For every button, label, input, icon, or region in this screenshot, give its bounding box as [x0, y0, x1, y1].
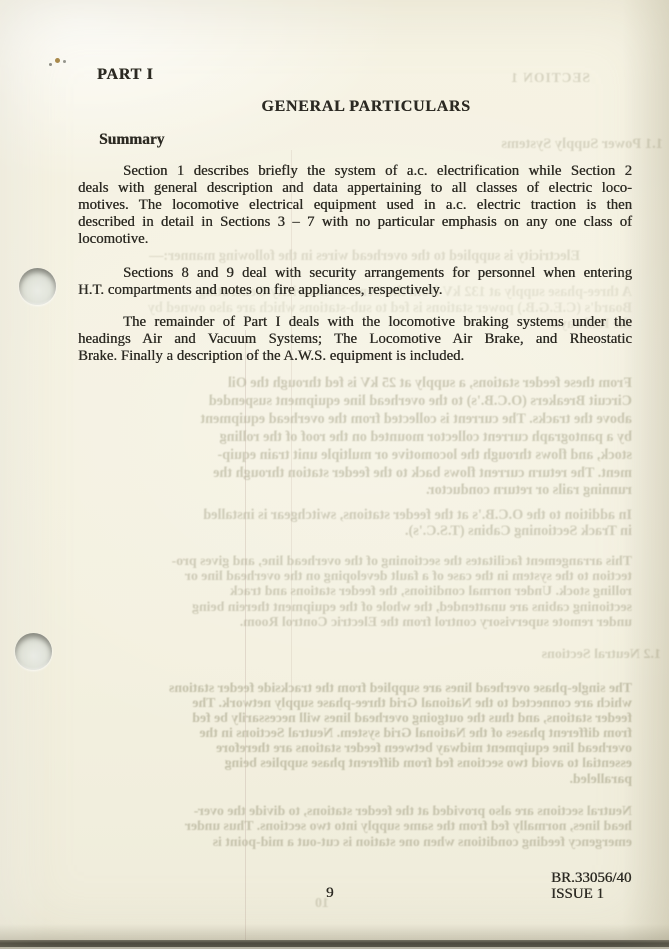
text-line: described in detail in Sections 3 – 7 wi…	[78, 214, 632, 231]
paragraph-1: Section 1 describes briefly the system o…	[78, 163, 632, 248]
text-line: motives. The locomotive electrical equip…	[78, 197, 632, 214]
text-line: H.T. compartments and notes on fire appl…	[78, 282, 632, 299]
text-line: deals with general description and data …	[78, 180, 632, 197]
page-number: 9	[326, 885, 334, 902]
bleed-paragraph-feeder-stations: From these feeder stations, a supply at …	[78, 375, 632, 500]
punch-hole-bottom	[15, 633, 52, 670]
bleed-paragraph-neutral-sections: The single-phase overhead lines are supp…	[78, 680, 632, 786]
bleed-paragraph-track-sectioning: In addition to the O.C.B.'s at the feede…	[78, 508, 632, 539]
document-reference: BR.33056/40	[551, 870, 631, 886]
page-bottom-shadow	[0, 924, 669, 941]
text-line: The remainder of Part I deals with the l…	[78, 314, 632, 331]
paragraph-2: Sections 8 and 9 deal with security arra…	[78, 265, 632, 299]
bleed-paragraph-neutral-sections-2: Neutral sections are also provided at th…	[78, 803, 632, 849]
scanned-manual-page: SECTION 1 1.1 Power Supply Systems Elect…	[0, 0, 669, 949]
text-line: Brake. Finally a description of the A.W.…	[78, 348, 632, 365]
bleed-paragraph-arrangement: This arrangement facilitates the section…	[78, 553, 632, 629]
bleed-subsection-heading: 1.1 Power Supply Systems	[363, 136, 663, 153]
paper-speck	[63, 60, 66, 63]
text-line: Section 1 describes briefly the system o…	[78, 163, 632, 180]
paper-crease	[291, 150, 292, 710]
part-heading: PART I	[97, 66, 154, 84]
bleed-page-number: 10	[289, 896, 329, 912]
bleed-neutral-sections-heading: 1.2 Neutral Sections	[361, 647, 661, 663]
page-bottom-edge	[0, 940, 669, 947]
paragraph-3: The remainder of Part I deals with the l…	[78, 314, 632, 365]
summary-heading: Summary	[99, 131, 164, 149]
paper-speck	[55, 58, 60, 63]
paper-crease	[245, 330, 246, 945]
issue-number: ISSUE 1	[551, 886, 604, 903]
page-title: GENERAL PARTICULARS	[261, 98, 470, 116]
text-line: Sections 8 and 9 deal with security arra…	[78, 265, 632, 282]
paper-speck	[49, 63, 52, 66]
bleed-section-label: SECTION 1	[390, 70, 590, 86]
text-line: locomotive.	[78, 231, 632, 248]
text-line: headings Air and Vacuum Systems; The Loc…	[78, 331, 632, 348]
bleed-intro-line: Electricity is supplied to the overhead …	[78, 248, 632, 264]
punch-hole-top	[19, 268, 56, 305]
